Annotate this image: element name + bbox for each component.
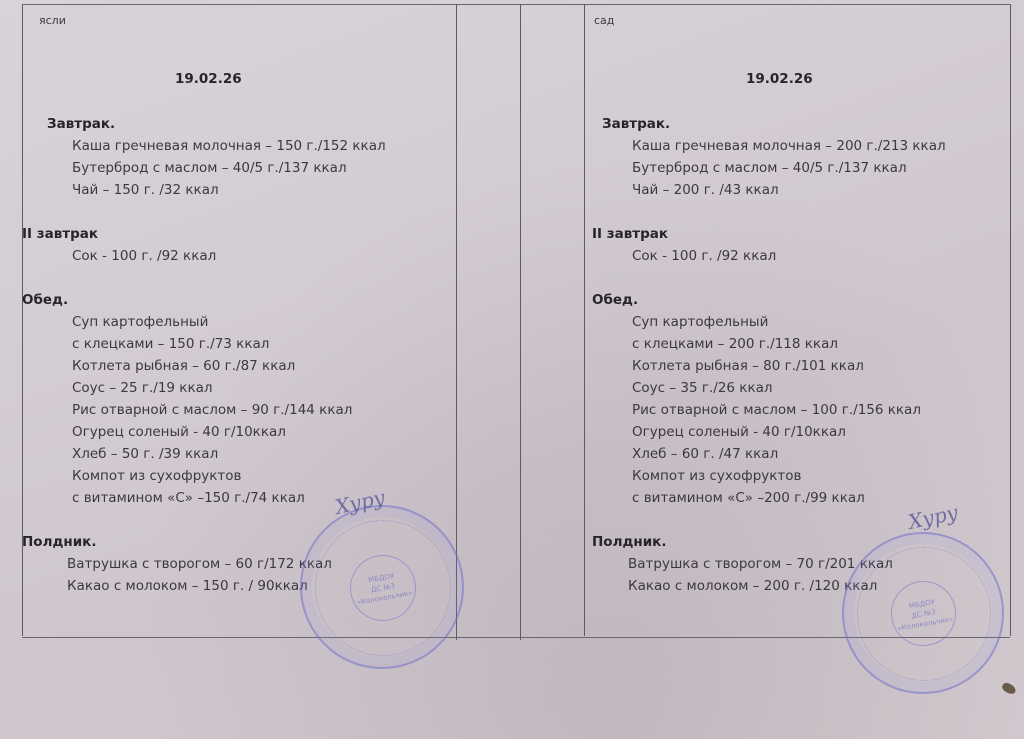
menu-item: Чай – 200 г. /43 ккал [592,179,946,201]
official-stamp: МБДОУ ДС №3 «Колокольчик» [842,532,1004,694]
menu-item: Компот из сухофруктов [592,465,946,487]
table-divider-1 [456,4,457,640]
menu-item: Суп картофельный [22,311,386,333]
menu-item: Огурец соленый - 40 г/10ккал [592,421,946,443]
menu-date: 19.02.26 [746,71,813,87]
meal-breakfast: Завтрак. Каша гречневая молочная – 200 г… [592,113,946,201]
meal-title: Обед. [592,289,946,311]
meal-lunch: Обед. Суп картофельный с клецками – 200 … [592,289,946,509]
column-label: ясли [39,14,66,27]
meal-title: II завтрак [22,223,386,245]
menu-item: Чай – 150 г. /32 ккал [22,179,386,201]
meal-title: II завтрак [592,223,946,245]
meal-second-breakfast: II завтрак Сок - 100 г. /92 ккал [22,223,386,267]
paper-debris [1001,681,1017,695]
menu-item: Рис отварной с маслом – 90 г./144 ккал [22,399,386,421]
menu-item: Каша гречневая молочная – 150 г./152 кка… [22,135,386,157]
menu-item: Рис отварной с маслом – 100 г./156 ккал [592,399,946,421]
menu-item: Котлета рыбная – 60 г./87 ккал [22,355,386,377]
meal-breakfast: Завтрак. Каша гречневая молочная – 150 г… [22,113,386,201]
menu-item: Соус – 35 г./26 ккал [592,377,946,399]
menu-date: 19.02.26 [175,71,242,87]
column-label: сад [594,14,614,27]
menu-item: Хлеб – 50 г. /39 ккал [22,443,386,465]
table-border-right [1010,4,1011,636]
menu-item: Хлеб – 60 г. /47 ккал [592,443,946,465]
official-stamp: МБДОУ ДС №3 «Колокольчик» [300,505,464,669]
meal-lunch: Обед. Суп картофельный с клецками – 150 … [22,289,386,509]
meal-title: Завтрак. [22,113,386,135]
menu-item: Компот из сухофруктов [22,465,386,487]
menu-item: с клецками – 200 г./118 ккал [592,333,946,355]
menu-item: Сок - 100 г. /92 ккал [592,245,946,267]
meal-title: Обед. [22,289,386,311]
menu-item: Суп картофельный [592,311,946,333]
menu-item: с витамином «С» –150 г./74 ккал [22,487,386,509]
menu-item: Сок - 100 г. /92 ккал [22,245,386,267]
menu-item: Бутерброд с маслом – 40/5 г./137 ккал [592,157,946,179]
menu-item: с витамином «С» –200 г./99 ккал [592,487,946,509]
menu-item: Каша гречневая молочная – 200 г./213 кка… [592,135,946,157]
menu-item: Соус – 25 г./19 ккал [22,377,386,399]
meal-second-breakfast: II завтрак Сок - 100 г. /92 ккал [592,223,946,267]
menu-item: Бутерброд с маслом – 40/5 г./137 ккал [22,157,386,179]
menu-item: Котлета рыбная – 80 г./101 ккал [592,355,946,377]
table-divider-2 [520,4,521,640]
menu-item: с клецками – 150 г./73 ккал [22,333,386,355]
menu-item: Огурец соленый - 40 г/10ккал [22,421,386,443]
meal-title: Завтрак. [592,113,946,135]
